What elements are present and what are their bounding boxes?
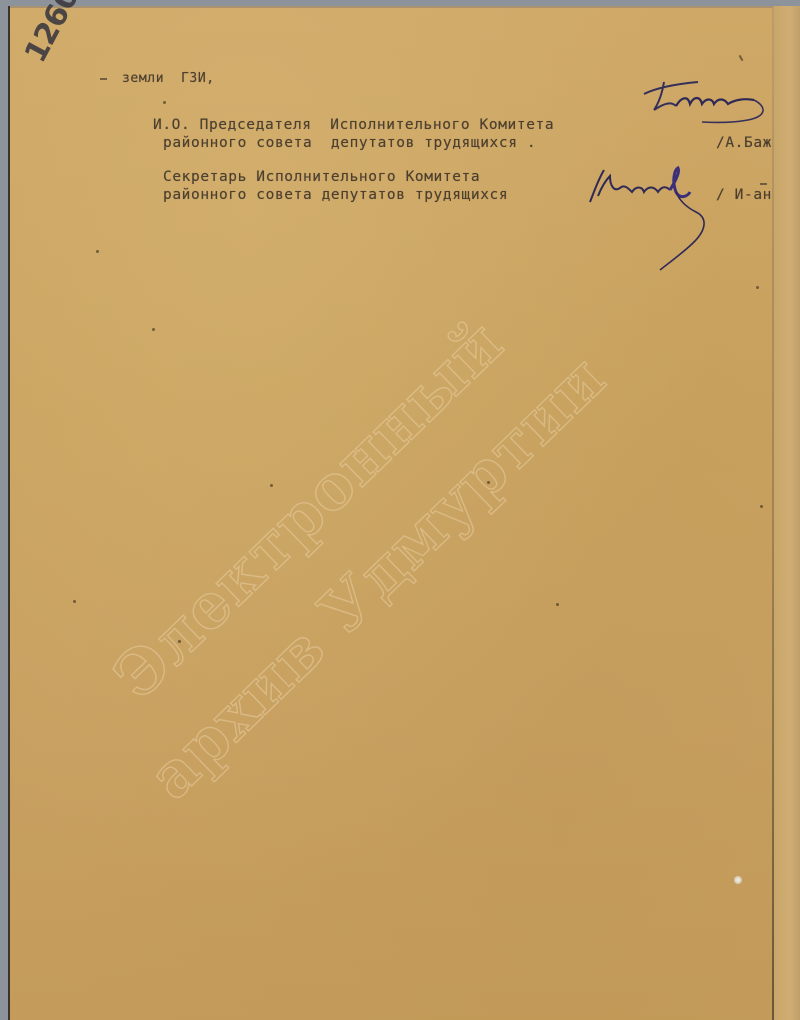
signatory-2-name: / И-ан [716,186,772,204]
signatory-1-title-line-2: районного совета депутатов трудящихся . [163,134,536,152]
signatory-1-name: /А.Баж [716,134,772,152]
page-right-margin [774,6,800,1020]
header-fragment: земли ГЗИ, [122,70,215,88]
paper-speck [152,328,155,331]
signatory-1-title-line-1: И.О. Председателя Исполнительного Комите… [153,116,554,134]
paper-speck [556,603,559,606]
paper-hole [734,876,742,884]
typed-dash [760,183,767,185]
signatory-2-title-line-2: районного совета депутатов трудящихся [163,186,508,204]
scanned-document: Электронный архив Удмуртии 12605 земли Г… [0,0,800,1020]
paper-speck [73,600,76,603]
paper-speck [487,481,490,484]
paper-speck [178,640,181,643]
paper-speck [756,286,759,289]
paper-speck [760,505,763,508]
paper-speck [163,101,166,104]
typed-dash [100,78,107,80]
paper-speck [96,250,99,253]
signatory-2-title-line-1: Секретарь Исполнительного Комитета [163,168,480,186]
paper-speck [270,484,273,487]
